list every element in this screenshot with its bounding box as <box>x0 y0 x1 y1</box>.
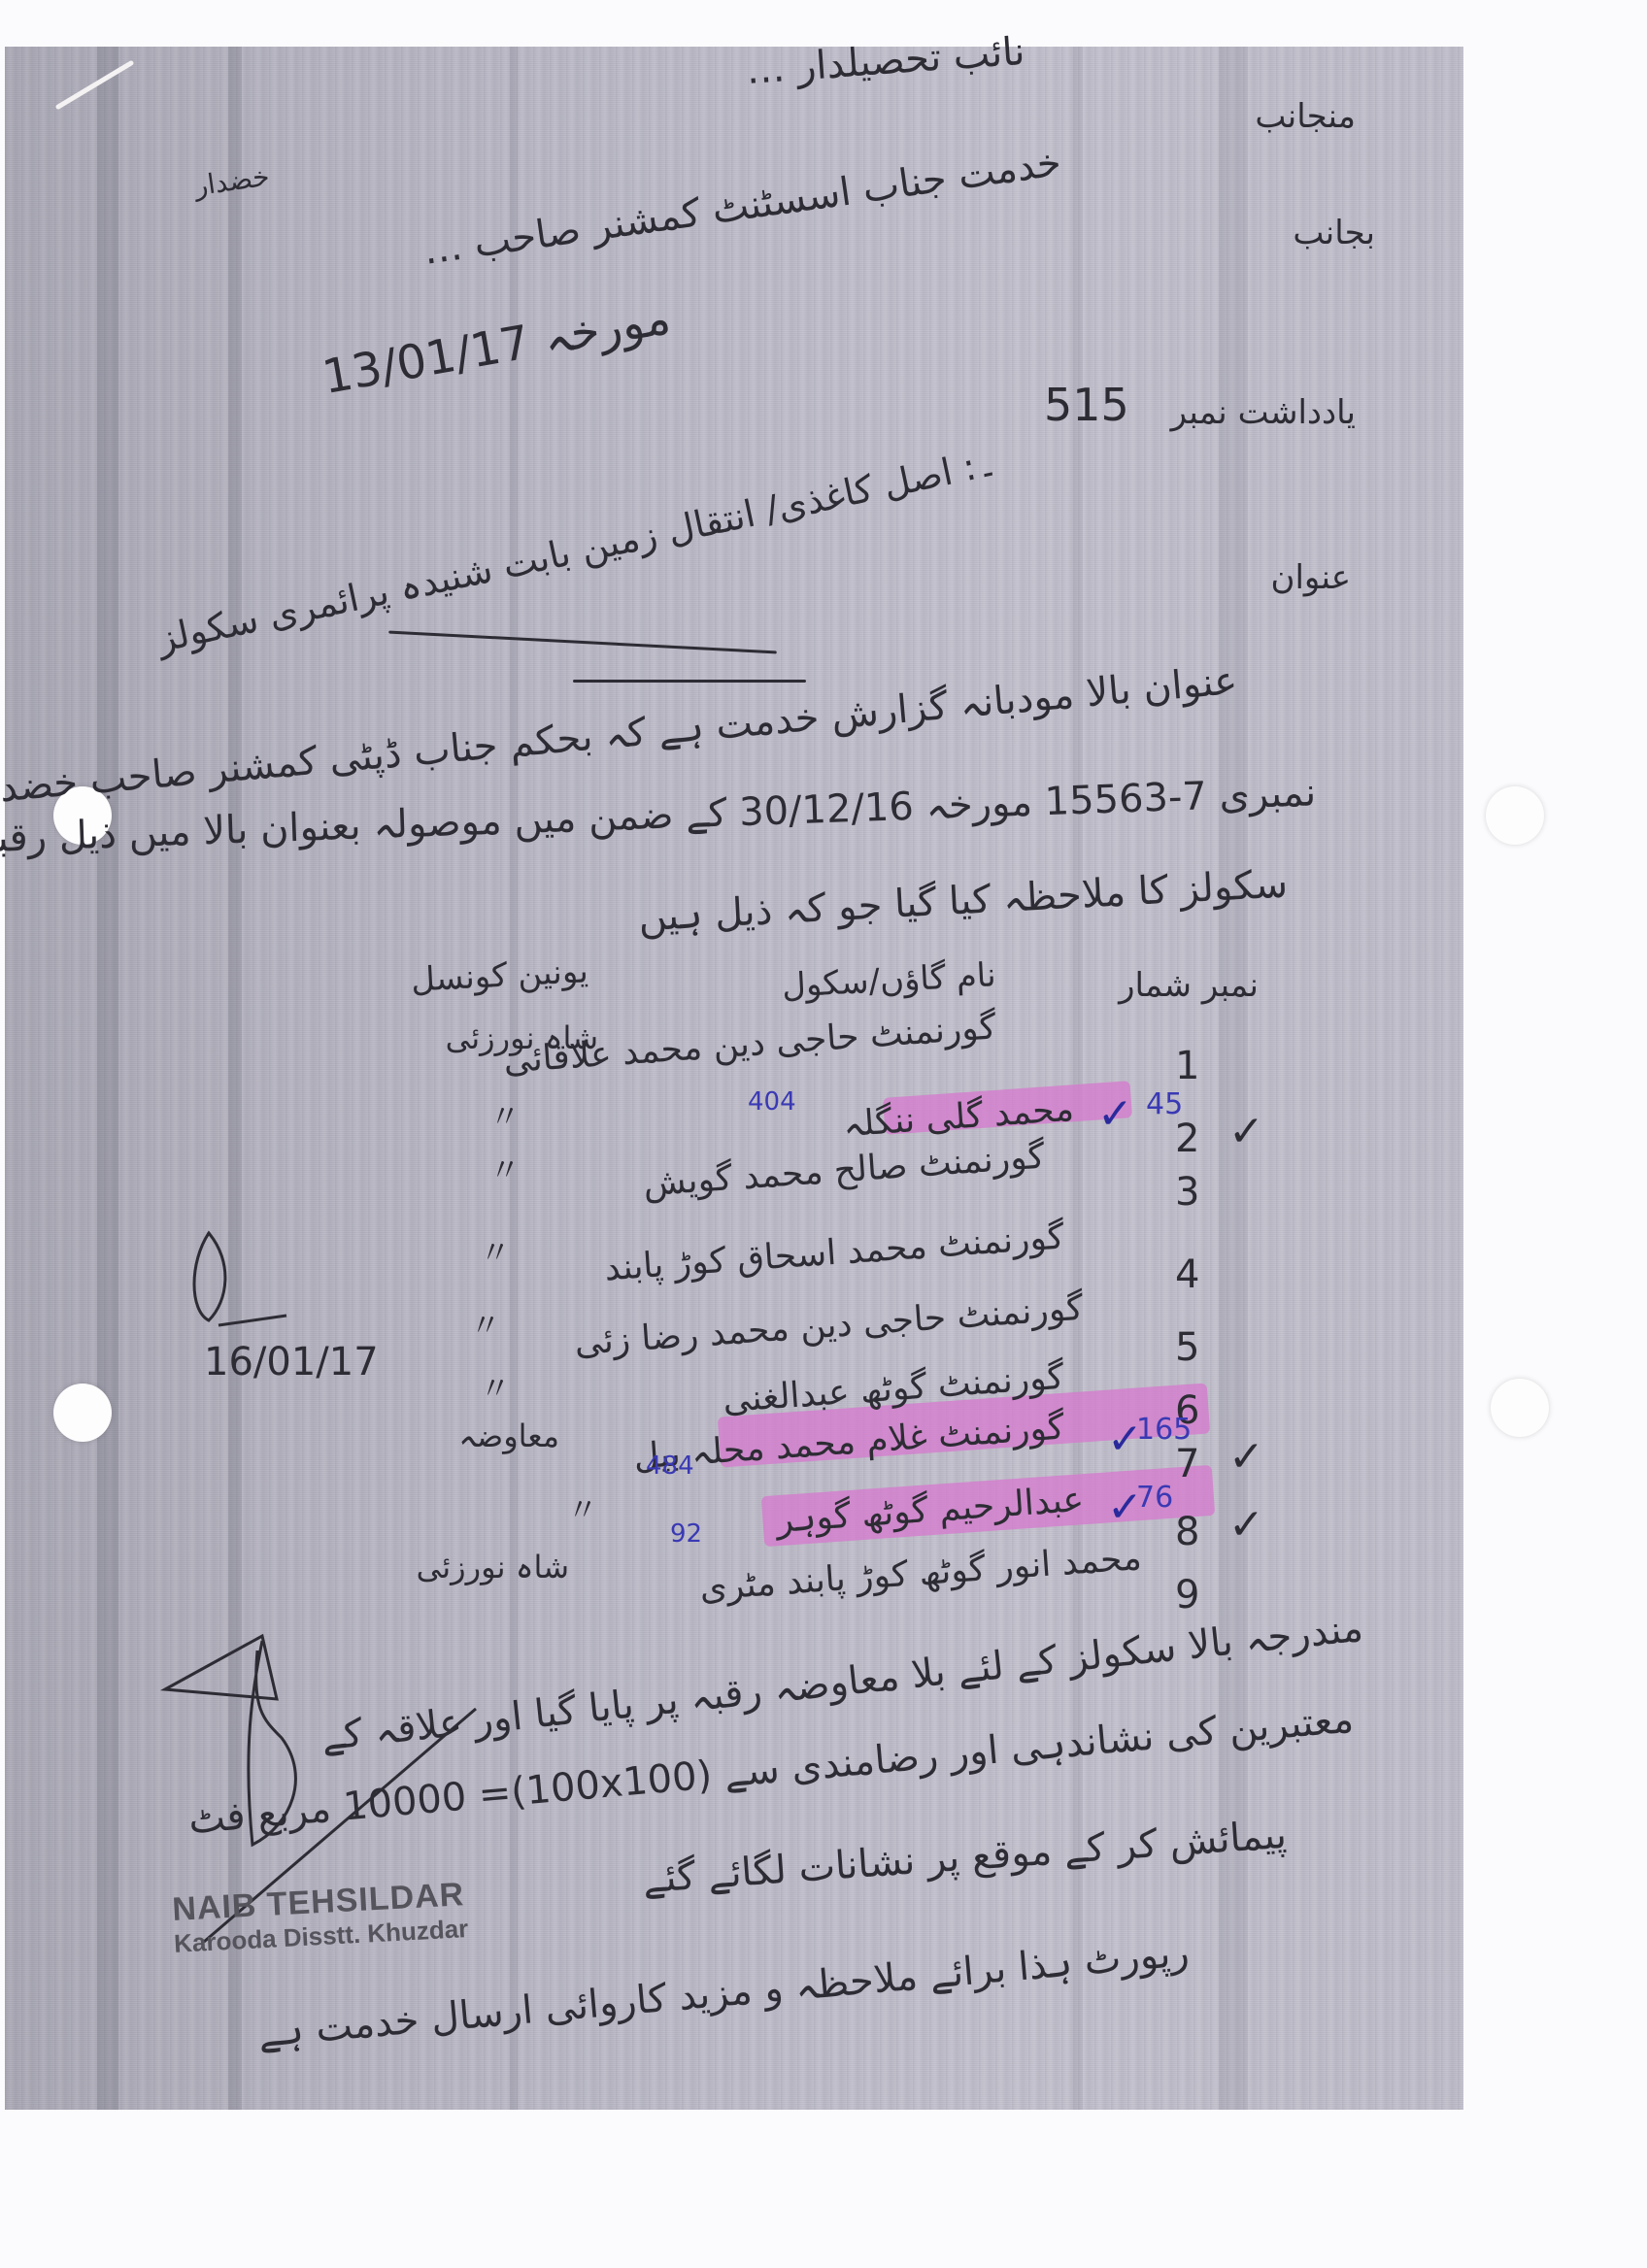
row-union-council: شاہ نورزئی <box>446 1019 598 1056</box>
reference-label: یادداشت نمبر <box>1171 393 1356 432</box>
row-union-council: 〃 <box>489 1146 521 1190</box>
check-mark-icon: ✓ <box>1228 1432 1264 1482</box>
row-union-council: 〃 <box>470 1301 501 1346</box>
staple-mark <box>53 58 141 117</box>
to-label: بجانب <box>1293 214 1375 252</box>
row-union-council: 〃 <box>480 1364 511 1409</box>
blue-annotation-left: 484 <box>646 1451 694 1481</box>
subject-underline-2 <box>573 680 806 683</box>
side-note-date: 16/01/17 <box>204 1340 379 1384</box>
scan-streak <box>1073 47 1083 2110</box>
punch-hole <box>1491 1379 1549 1437</box>
blue-annotation-right: 76 <box>1136 1481 1173 1515</box>
scan-streak <box>1219 47 1248 2110</box>
blue-annotation-left: 92 <box>670 1519 702 1549</box>
reference-number: 515 <box>1044 379 1129 431</box>
check-mark-icon: ✓ <box>1228 1500 1264 1550</box>
row-union-council: معاوضہ <box>458 1417 559 1454</box>
punch-hole <box>1486 786 1544 845</box>
row-union-council: شاہ نورزئی <box>417 1549 569 1585</box>
row-serial-number: 5 <box>1175 1325 1199 1370</box>
blue-annotation-right: 165 <box>1136 1413 1192 1447</box>
row-serial-number: 7 <box>1175 1442 1199 1486</box>
check-mark-icon: ✓ <box>1097 1089 1133 1139</box>
subject-label: عنوان <box>1270 558 1351 597</box>
row-serial-number: 2 <box>1175 1117 1199 1161</box>
row-serial-number: 3 <box>1175 1170 1199 1215</box>
punch-hole <box>53 1384 112 1442</box>
row-union-council: 〃 <box>489 1092 521 1137</box>
row-serial-number: 9 <box>1175 1573 1199 1618</box>
scan-streak <box>97 47 118 2110</box>
blue-annotation-left: 404 <box>748 1087 796 1117</box>
from-label: منجانب <box>1255 97 1356 136</box>
row-serial-number: 1 <box>1175 1044 1199 1088</box>
blue-annotation-right: 45 <box>1146 1087 1183 1121</box>
col-header-sn: نمبر شمار <box>1119 966 1259 1005</box>
check-mark-icon: ✓ <box>1228 1107 1264 1156</box>
initials-mark <box>189 1223 325 1330</box>
row-serial-number: 4 <box>1175 1252 1199 1297</box>
row-serial-number: 8 <box>1175 1510 1199 1554</box>
row-union-council: 〃 <box>567 1485 598 1530</box>
row-union-council: 〃 <box>480 1228 511 1273</box>
